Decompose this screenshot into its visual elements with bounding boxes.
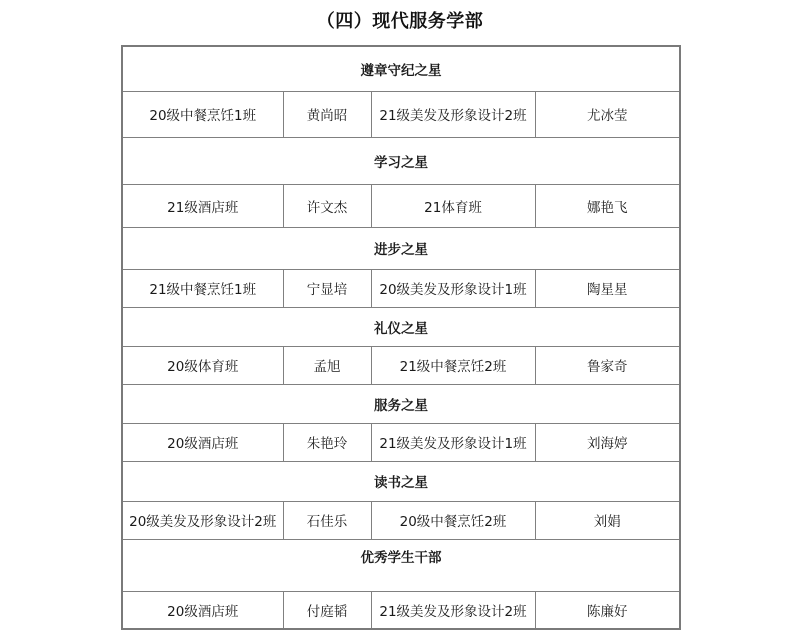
table-row: 20级中餐烹饪1班 黄尚昭 21级美发及形象设计2班 尤冰莹 <box>122 91 680 137</box>
class-cell: 20级美发及形象设计1班 <box>371 269 535 307</box>
student-name-cell: 宁显培 <box>283 269 371 307</box>
class-cell: 20级美发及形象设计2班 <box>122 501 283 539</box>
class-cell: 21级中餐烹饪2班 <box>371 346 535 384</box>
student-name-cell: 孟旭 <box>283 346 371 384</box>
student-name-cell: 刘娟 <box>535 501 680 539</box>
student-name-cell: 付庭韬 <box>283 591 371 629</box>
table-row: 20级体育班 孟旭 21级中餐烹饪2班 鲁家奇 <box>122 346 680 384</box>
student-name-cell: 刘海婷 <box>535 423 680 461</box>
class-cell: 20级酒店班 <box>122 591 283 629</box>
category-row: 遵章守纪之星 <box>122 46 680 91</box>
student-name-cell: 娜艳飞 <box>535 184 680 227</box>
class-cell: 20级体育班 <box>122 346 283 384</box>
class-cell: 20级酒店班 <box>122 423 283 461</box>
class-cell: 21级美发及形象设计1班 <box>371 423 535 461</box>
table-row: 20级美发及形象设计2班 石佳乐 20级中餐烹饪2班 刘娟 <box>122 501 680 539</box>
student-name-cell: 许文杰 <box>283 184 371 227</box>
category-row: 进步之星 <box>122 227 680 269</box>
award-table: 遵章守纪之星 20级中餐烹饪1班 黄尚昭 21级美发及形象设计2班 尤冰莹 学习… <box>121 45 681 630</box>
class-cell: 21体育班 <box>371 184 535 227</box>
class-cell: 21级美发及形象设计2班 <box>371 591 535 629</box>
category-row: 学习之星 <box>122 137 680 184</box>
class-cell: 21级美发及形象设计2班 <box>371 91 535 137</box>
student-name-cell: 朱艳玲 <box>283 423 371 461</box>
category-heading: 进步之星 <box>122 227 680 269</box>
student-name-cell: 黄尚昭 <box>283 91 371 137</box>
student-name-cell: 陶星星 <box>535 269 680 307</box>
category-heading: 读书之星 <box>122 461 680 501</box>
class-cell: 20级中餐烹饪1班 <box>122 91 283 137</box>
category-row: 优秀学生干部 <box>122 539 680 591</box>
table-row: 21级中餐烹饪1班 宁显培 20级美发及形象设计1班 陶星星 <box>122 269 680 307</box>
class-cell: 21级中餐烹饪1班 <box>122 269 283 307</box>
class-cell: 20级中餐烹饪2班 <box>371 501 535 539</box>
class-cell: 21级酒店班 <box>122 184 283 227</box>
table-row: 20级酒店班 朱艳玲 21级美发及形象设计1班 刘海婷 <box>122 423 680 461</box>
category-heading: 优秀学生干部 <box>122 539 680 591</box>
table-row: 20级酒店班 付庭韬 21级美发及形象设计2班 陈廉好 <box>122 591 680 629</box>
student-name-cell: 陈廉好 <box>535 591 680 629</box>
category-row: 礼仪之星 <box>122 307 680 346</box>
student-name-cell: 鲁家奇 <box>535 346 680 384</box>
category-heading: 遵章守纪之星 <box>122 46 680 91</box>
page-title: （四）现代服务学部 <box>0 7 800 33</box>
student-name-cell: 石佳乐 <box>283 501 371 539</box>
student-name-cell: 尤冰莹 <box>535 91 680 137</box>
category-row: 服务之星 <box>122 384 680 423</box>
table-row: 21级酒店班 许文杰 21体育班 娜艳飞 <box>122 184 680 227</box>
category-row: 读书之星 <box>122 461 680 501</box>
category-heading: 礼仪之星 <box>122 307 680 346</box>
category-heading: 服务之星 <box>122 384 680 423</box>
category-heading: 学习之星 <box>122 137 680 184</box>
